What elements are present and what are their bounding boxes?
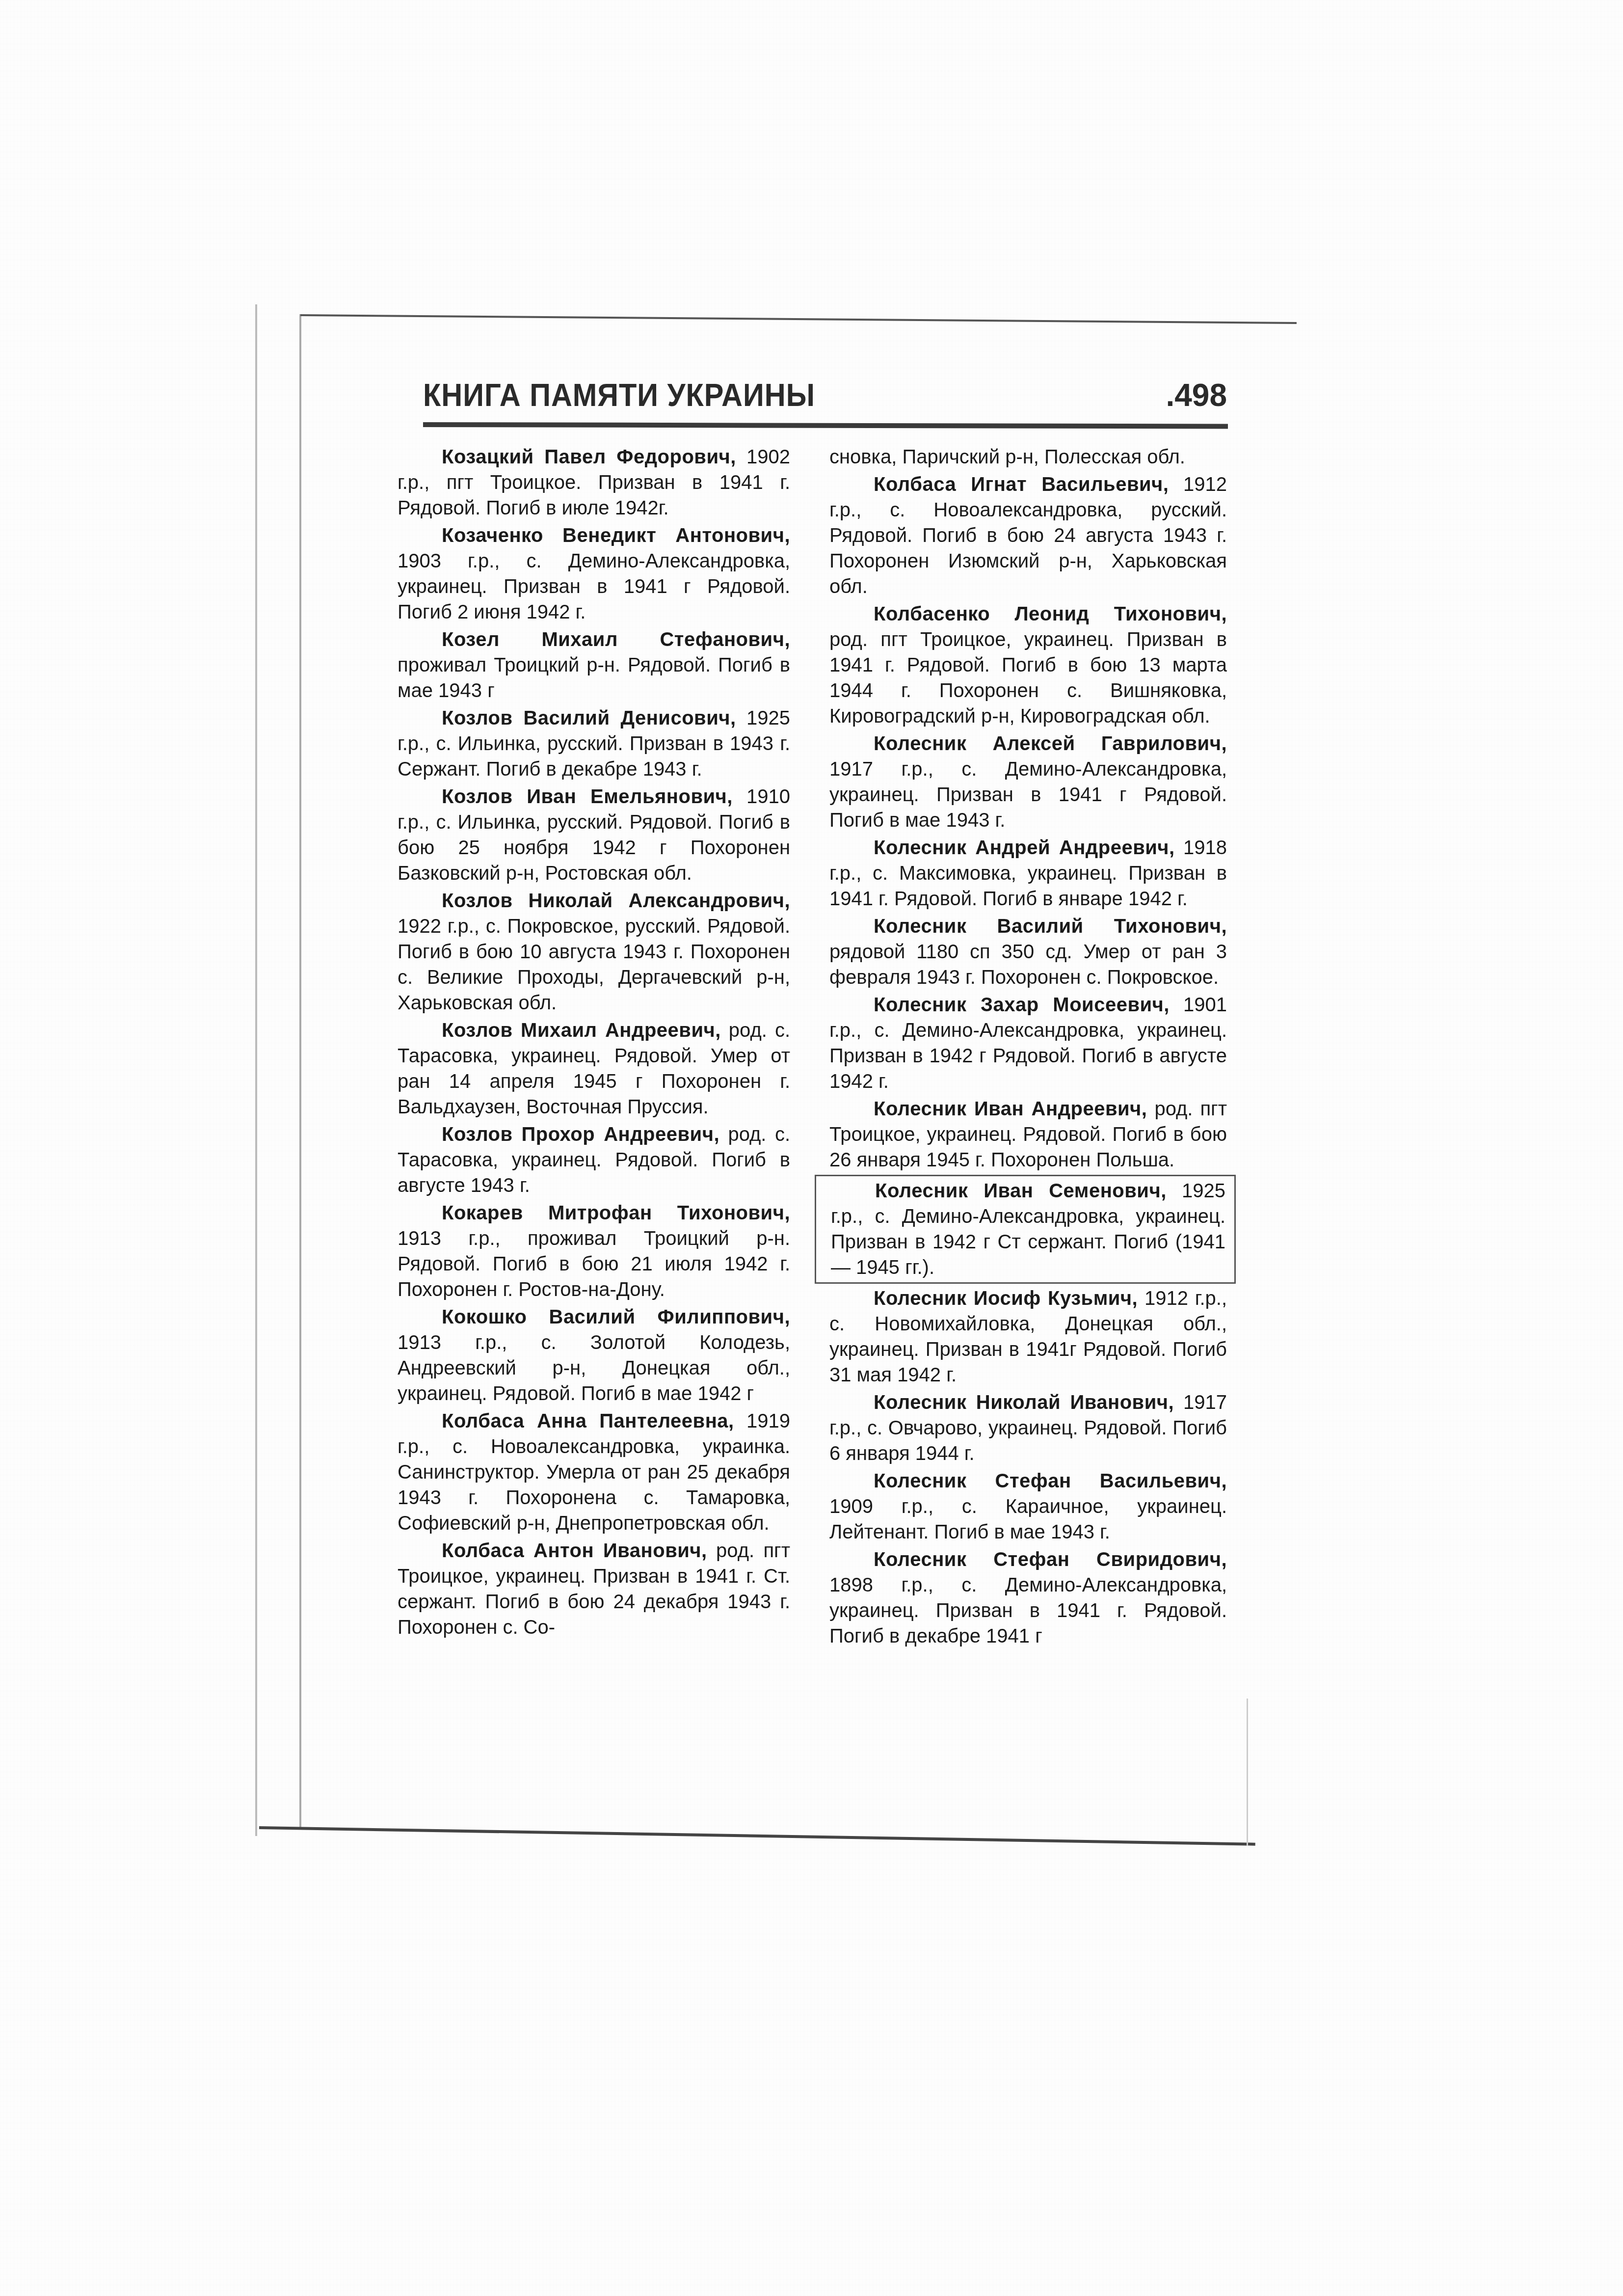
entry-name: Колесник Андрей Андреевич,	[874, 837, 1175, 859]
entry-name: Козацкий Павел Федорович,	[442, 446, 736, 468]
entry-text: 1917 г.р., с. Демино-Александровка, укра…	[829, 758, 1227, 831]
entry-name: Колесник Иван Семенович,	[875, 1180, 1167, 1202]
entry-name: Козлов Василий Денисович,	[442, 707, 736, 729]
entry: Колесник Иосиф Кузьмич, 1912 г.р., с. Но…	[829, 1286, 1227, 1388]
entry-text: 1913 г.р., проживал Троицкий р-н. Рядово…	[398, 1228, 790, 1300]
entry: Козел Михаил Стефанович, проживал Троицк…	[398, 627, 790, 703]
entry-name: Козлов Михаил Андреевич,	[442, 1020, 721, 1041]
entry-name: Козлов Иван Емельянович,	[442, 786, 733, 808]
entry-name: Колбасенко Леонид Тихонович,	[874, 603, 1227, 625]
frame-line-left	[299, 314, 301, 1829]
entry: Кокошко Василий Филиппович, 1913 г.р., с…	[398, 1304, 790, 1406]
entry: Колесник Захар Моисеевич, 1901 г.р., с. …	[829, 992, 1227, 1094]
entry: Колесник Василий Тихонович, рядовой 1180…	[829, 914, 1227, 990]
entry: Козлов Василий Денисович, 1925 г.р., с. …	[398, 705, 790, 782]
page-edge-left	[255, 304, 257, 1836]
entry-name: Козлов Николай Александрович,	[442, 890, 790, 912]
entry: Колбаса Антон Иванович, род. пгт Троицко…	[398, 1538, 790, 1640]
book-page: КНИГА ПАМЯТИ УКРАИНЫ .498 Козацкий Павел…	[398, 363, 1227, 432]
entry-name: Кокошко Василий Филиппович,	[442, 1306, 790, 1328]
entry: Козлов Николай Александрович, 1922 г.р.,…	[398, 888, 790, 1016]
entry-name: Козлов Прохор Андреевич,	[442, 1124, 719, 1145]
entry: Козацкий Павел Федорович, 1902 г.р., пгт…	[398, 444, 790, 521]
entry-text: 1913 г.р., с. Золотой Колодезь, Андреевс…	[398, 1332, 790, 1405]
left-column: Козацкий Павел Федорович, 1902 г.р., пгт…	[398, 444, 790, 1642]
book-title: КНИГА ПАМЯТИ УКРАИНЫ	[423, 377, 815, 413]
entry-text: 1922 г.р., с. Покровское, русский. Рядов…	[398, 916, 790, 1014]
entry-name: Колесник Алексей Гаврилович,	[874, 733, 1227, 755]
entry-continuation: сновка, Паричский р-н, Полесская обл.	[829, 444, 1227, 470]
entry: Колбаса Игнат Васильевич, 1912 г.р., с. …	[829, 472, 1227, 599]
entry-text: рядовой 1180 сп 350 сд. Умер от ран 3 фе…	[829, 941, 1227, 988]
entry-name: Колесник Николай Иванович,	[874, 1392, 1174, 1413]
entry: Кокарев Митрофан Тихонович, 1913 г.р., п…	[398, 1200, 790, 1302]
entry: Колесник Николай Иванович, 1917 г.р., с.…	[829, 1390, 1227, 1466]
entry: Козлов Иван Емельянович, 1910 г.р., с. И…	[398, 784, 790, 886]
entry: Колесник Стефан Васильевич, 1909 г.р., с…	[829, 1468, 1227, 1545]
entry-name: Колесник Захар Моисеевич,	[874, 994, 1170, 1016]
entry: Козаченко Венедикт Антонович, 1903 г.р.,…	[398, 523, 790, 625]
entry-name: Колесник Стефан Свиридович,	[874, 1549, 1227, 1570]
frame-line-top	[300, 314, 1297, 324]
entry-name: Колбаса Антон Иванович,	[442, 1540, 707, 1562]
entry-name: Козел Михаил Стефанович,	[442, 629, 790, 650]
entry-name: Кокарев Митрофан Тихонович,	[442, 1202, 790, 1224]
entry-name: Колбаса Анна Пантелеевна,	[442, 1410, 734, 1432]
right-column: сновка, Паричский р-н, Полесская обл. Ко…	[829, 444, 1227, 1651]
entry-name: Колбаса Игнат Васильевич,	[874, 474, 1169, 495]
entry-text: проживал Троицкий р-н. Рядовой. Погиб в …	[398, 654, 790, 702]
entry-name: Колесник Иосиф Кузьмич,	[874, 1288, 1138, 1309]
entry: Колбасенко Леонид Тихонович, род. пгт Тр…	[829, 601, 1227, 729]
entry-name: Колесник Стефан Васильевич,	[874, 1470, 1227, 1492]
scan-background	[0, 0, 1623, 2296]
entry: Козлов Прохор Андреевич, род. с. Тарасов…	[398, 1122, 790, 1198]
entry-text: 1898 г.р., с. Демино-Александровка, укра…	[829, 1574, 1227, 1647]
frame-line-right	[1247, 1699, 1248, 1846]
entry: Колесник Стефан Свиридович, 1898 г.р., с…	[829, 1547, 1227, 1649]
entry-name: Колесник Иван Андреевич,	[874, 1098, 1147, 1120]
entry-text: 1909 г.р., с. Караичное, украинец. Лейте…	[829, 1496, 1227, 1543]
entry: Козлов Михаил Андреевич, род. с. Тарасов…	[398, 1018, 790, 1120]
highlighted-entry: Колесник Иван Семенович, 1925 г.р., с. Д…	[815, 1175, 1236, 1284]
entry-name: Козаченко Венедикт Антонович,	[442, 525, 790, 546]
entry: Колесник Иван Андреевич, род. пгт Троицк…	[829, 1096, 1227, 1173]
page-number: .498	[1166, 377, 1227, 413]
entry: Колесник Алексей Гаврилович, 1917 г.р., …	[829, 731, 1227, 833]
entry-name: Колесник Василий Тихонович,	[874, 916, 1227, 937]
page-header: КНИГА ПАМЯТИ УКРАИНЫ .498	[398, 363, 1227, 432]
frame-line-bottom	[259, 1826, 1255, 1846]
entry-text: 1903 г.р., с. Демино-Александровка, укра…	[398, 550, 790, 623]
entry: Колбаса Анна Пантелеевна, 1919 г.р., с. …	[398, 1408, 790, 1536]
entry-text: род. пгт Троицкое, украинец. Призван в 1…	[829, 629, 1227, 727]
entry: Колесник Андрей Андреевич, 1918 г.р., с.…	[829, 835, 1227, 912]
header-rule	[423, 422, 1228, 429]
